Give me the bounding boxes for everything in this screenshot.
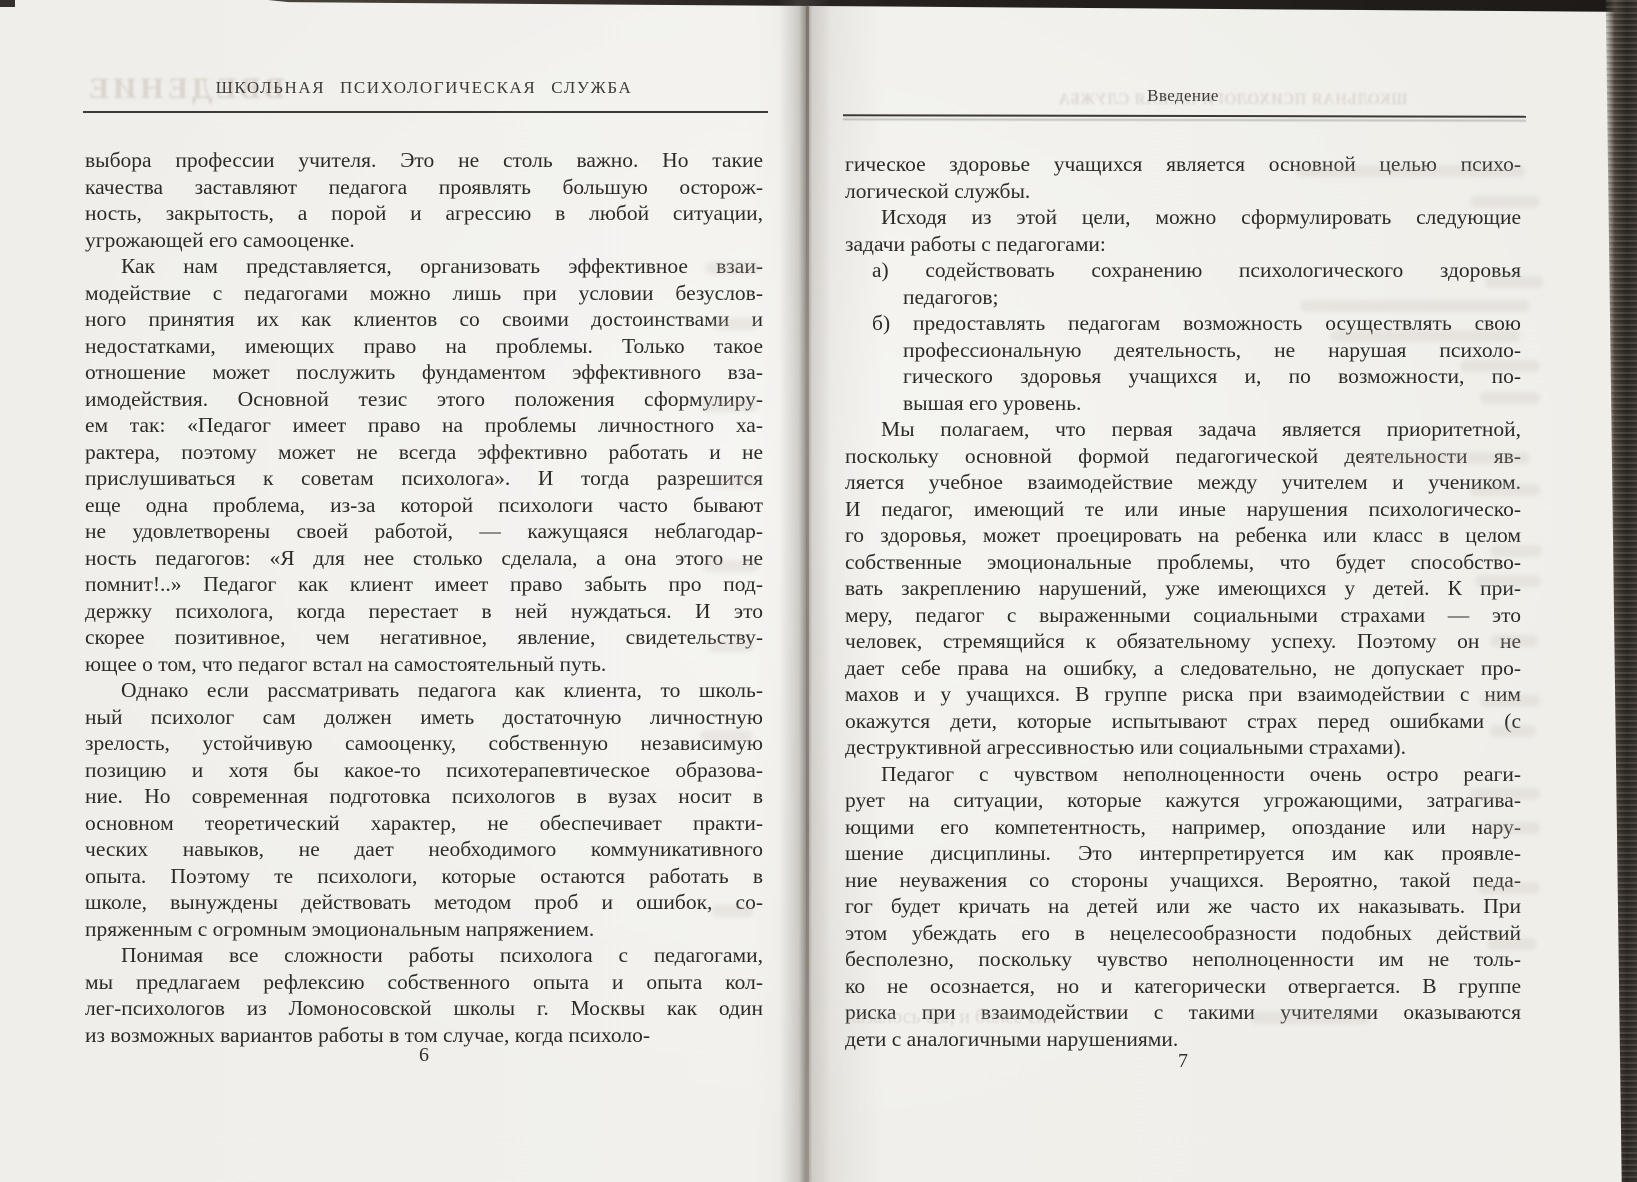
text-line: ющее о том, что педагог встал на самосто… xyxy=(85,651,763,678)
text-line: скорее позитивное, чем негативное, явлен… xyxy=(85,624,763,651)
text-line: лег-психологов из Ломоносовской школы г.… xyxy=(85,995,763,1022)
text-line: ние неуважения со стороны учащихся. Веро… xyxy=(845,867,1521,894)
text-line: Однако если рассматривать педагога как к… xyxy=(85,677,763,704)
text-line: Понимая все сложности работы психолога с… xyxy=(85,942,763,969)
text-line: бесполезно, поскольку чувство неполноцен… xyxy=(845,946,1521,973)
text-line: дети с аналогичными нарушениями. xyxy=(845,1026,1521,1053)
paragraph: Мы полагаем, что первая задача является … xyxy=(845,416,1521,761)
paragraph: Однако если рассматривать педагога как к… xyxy=(85,677,763,942)
text-line: угрожающей его самооценке. xyxy=(85,227,763,254)
text-line: шение дисциплины. Это интерпретируется и… xyxy=(845,840,1521,867)
text-line: ем так: «Педагог имеет право на проблемы… xyxy=(85,412,763,439)
paragraph: гическое здоровье учащихся является осно… xyxy=(845,151,1521,204)
text-line: качества заставляют педагога проявлять б… xyxy=(85,174,763,201)
body-text-right: гическое здоровье учащихся является осно… xyxy=(845,151,1521,1052)
page-number-left: 6 xyxy=(85,1044,763,1067)
text-line: ющими его компетентность, например, опоз… xyxy=(845,814,1521,841)
text-line: окажутся дети, которые испытывают страх … xyxy=(845,708,1521,735)
text-line: модействие с педагогами можно лишь при у… xyxy=(85,280,763,307)
text-line: вышая его уровень. xyxy=(903,390,1521,417)
text-line: поскольку основной формой педагогической… xyxy=(845,443,1521,470)
text-line: задачи работы с педагогами: xyxy=(845,231,1521,258)
paragraph: б) предоставлять педагогам возможность о… xyxy=(845,310,1521,416)
text-line: помнит!..» Педагог как клиент имеет прав… xyxy=(85,571,763,598)
text-line: Исходя из этой цели, можно сформулироват… xyxy=(845,204,1521,231)
text-line: логической службы. xyxy=(845,178,1521,205)
text-line: б) предоставлять педагогам возможность о… xyxy=(903,310,1521,337)
text-line: имодействия. Основной тезис этого положе… xyxy=(85,386,763,413)
text-line: гического здоровья учащихся и, по возмож… xyxy=(903,363,1521,390)
text-line: отношение может послужить фундаментом эф… xyxy=(85,359,763,386)
text-line: позицию и хотя бы какое-то психотерапевт… xyxy=(85,757,763,784)
text-line: Педагог с чувством неполноценности очень… xyxy=(845,761,1521,788)
book-gutter-shadow xyxy=(779,0,831,1182)
text-line: гог будет кричать на детей или же часто … xyxy=(845,893,1521,920)
body-text-left: выбора профессии учителя. Это не столь в… xyxy=(85,147,763,1048)
text-line: деструктивной агрессивностью или социаль… xyxy=(845,734,1521,761)
scan-top-edge xyxy=(268,0,1637,12)
text-line: ность педагогов: «Я для нее столько сдел… xyxy=(85,545,763,572)
text-line: дает себе права на ошибку, а следователь… xyxy=(845,655,1521,682)
text-line: зрелость, устойчивую самооценку, собстве… xyxy=(85,730,763,757)
text-line: го здоровья, может проецировать на ребен… xyxy=(845,522,1521,549)
paragraph: Исходя из этой цели, можно сформулироват… xyxy=(845,204,1521,257)
text-line: ного принятия их как клиентов со своими … xyxy=(85,306,763,333)
text-line: не удовлетворены своей работой, — кажуща… xyxy=(85,518,763,545)
text-line: опыта. Поэтому те психологи, которые ост… xyxy=(85,863,763,890)
text-line: ческих навыков, не дает необходимого ком… xyxy=(85,836,763,863)
paragraph: Понимая все сложности работы психолога с… xyxy=(85,942,763,1048)
header-rule-bleed xyxy=(843,118,1526,121)
text-line: прислушиваться к советам психолога». И т… xyxy=(85,465,763,492)
text-line: школе, вынуждены действовать методом про… xyxy=(85,889,763,916)
paragraph: а) содействовать сохранению психологичес… xyxy=(845,257,1521,310)
text-line: собственные эмоциональные проблемы, что … xyxy=(845,549,1521,576)
text-line: мы предлагаем рефлексию собственного опы… xyxy=(85,969,763,996)
text-line: основном теоретический характер, не обес… xyxy=(85,810,763,837)
text-line: Как нам представляется, организовать эфф… xyxy=(85,253,763,280)
text-line: ко не осознается, но и категорически отв… xyxy=(845,973,1521,1000)
text-line: недостатками, имеющих право на проблемы.… xyxy=(85,333,763,360)
text-line: этом убеждать его в нецелесообразности п… xyxy=(845,920,1521,947)
text-line: держку психолога, когда перестает в ней … xyxy=(85,598,763,625)
text-line: человек, стремящийся к обязательному усп… xyxy=(845,628,1521,655)
text-line: риска при взаимодействии с такими учител… xyxy=(845,999,1521,1026)
text-line: ляется учебное взаимодействие между учит… xyxy=(845,469,1521,496)
page-number-right: 7 xyxy=(845,1050,1521,1073)
text-line: ный психолог сам должен иметь достаточну… xyxy=(85,704,763,731)
text-line: рует на ситуации, которые кажутся угрожа… xyxy=(845,787,1521,814)
text-line: еще одна проблема, из-за которой психоло… xyxy=(85,492,763,519)
text-line: махов и у учащихся. В группе риска при в… xyxy=(845,681,1521,708)
text-line: выбора профессии учителя. Это не столь в… xyxy=(85,147,763,174)
text-line: а) содействовать сохранению психологичес… xyxy=(903,257,1521,284)
book-gutter-line xyxy=(806,6,809,1182)
text-line: ние. Но современная подготовка психолого… xyxy=(85,783,763,810)
text-line: пряженным с огромным эмоциональным напря… xyxy=(85,916,763,943)
text-line: И педагог, имеющий те или иные нарушения… xyxy=(845,496,1521,523)
running-header-right: Введение xyxy=(845,86,1521,106)
book-page-edges xyxy=(1603,0,1637,1182)
running-header-left: ШКОЛЬНАЯ ПСИХОЛОГИЧЕСКАЯ СЛУЖБА xyxy=(85,78,763,98)
scan-corner-mark xyxy=(0,0,15,7)
text-line: педагогов; xyxy=(903,284,1521,311)
paragraph: Педагог с чувством неполноценности очень… xyxy=(845,761,1521,1053)
paragraph: выбора профессии учителя. Это не столь в… xyxy=(85,147,763,253)
paragraph: Как нам представляется, организовать эфф… xyxy=(85,253,763,677)
text-line: рактера, поэтому может не всегда эффекти… xyxy=(85,439,763,466)
text-line: профессиональную деятельность, не наруша… xyxy=(903,337,1521,364)
book-scan: ВВЕДЕНИЕ ШКОЛЬНАЯ ПСИХОЛОГИЧЕСКАЯ СЛУЖБА… xyxy=(0,0,1637,1182)
text-line: Мы полагаем, что первая задача является … xyxy=(845,416,1521,443)
text-line: ность, закрытость, а порой и агрессию в … xyxy=(85,200,763,227)
header-rule xyxy=(83,111,768,113)
text-line: гическое здоровье учащихся является осно… xyxy=(845,151,1521,178)
text-line: меру, педагог с выраженными социальными … xyxy=(845,602,1521,629)
text-line: вать закреплению нарушений, уже имеющихс… xyxy=(845,575,1521,602)
